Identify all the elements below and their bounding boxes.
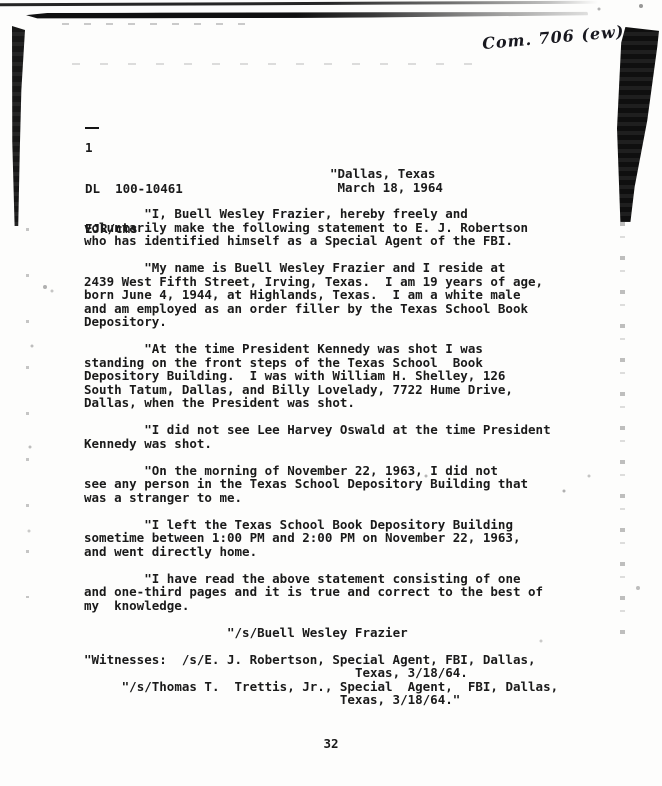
scanned-document-page: Com. 706 (ew) 1 DL 100-10461 EJR/cms "Da… [0, 0, 662, 786]
statement-paragraph-4: "I did not see Lee Harvey Oswald at the … [84, 423, 624, 450]
statement-paragraph-7: "I have read the above statement consist… [84, 572, 624, 613]
statement-body: "I, Buell Wesley Frazier, hereby freely … [84, 207, 624, 720]
scan-artifact-right-strip [617, 27, 659, 222]
witnesses-block: "Witnesses: /s/E. J. Robertson, Special … [84, 653, 624, 707]
dateline: "Dallas, Texas March 18, 1964 [330, 167, 443, 194]
statement-paragraph-6: "I left the Texas School Book Depository… [84, 518, 624, 559]
statement-paragraph-3: "At the time President Kennedy was shot … [84, 342, 624, 410]
scan-artifact-left-tail [26, 228, 29, 598]
statement-paragraph-1: "I, Buell Wesley Frazier, hereby freely … [84, 207, 624, 248]
header-file-number: DL 100-10461 [85, 182, 183, 196]
signature-line: "/s/Buell Wesley Frazier [84, 626, 624, 640]
page-number: 32 [0, 737, 662, 751]
scan-artifact-specks [0, 0, 2, 2]
statement-paragraph-2: "My name is Buell Wesley Frazier and I r… [84, 261, 624, 329]
scan-artifact-left-strip [12, 26, 25, 226]
scan-artifact-faint-row [72, 63, 472, 65]
handwritten-annotation: Com. 706 (ew) [481, 22, 622, 53]
scan-artifact-top-line [0, 1, 598, 7]
scan-artifact-top-dashes [62, 23, 252, 25]
header-page-ref: 1 [85, 141, 183, 155]
statement-paragraph-5: "On the morning of November 22, 1963, I … [84, 464, 624, 505]
scan-artifact-top-bar [26, 11, 588, 19]
